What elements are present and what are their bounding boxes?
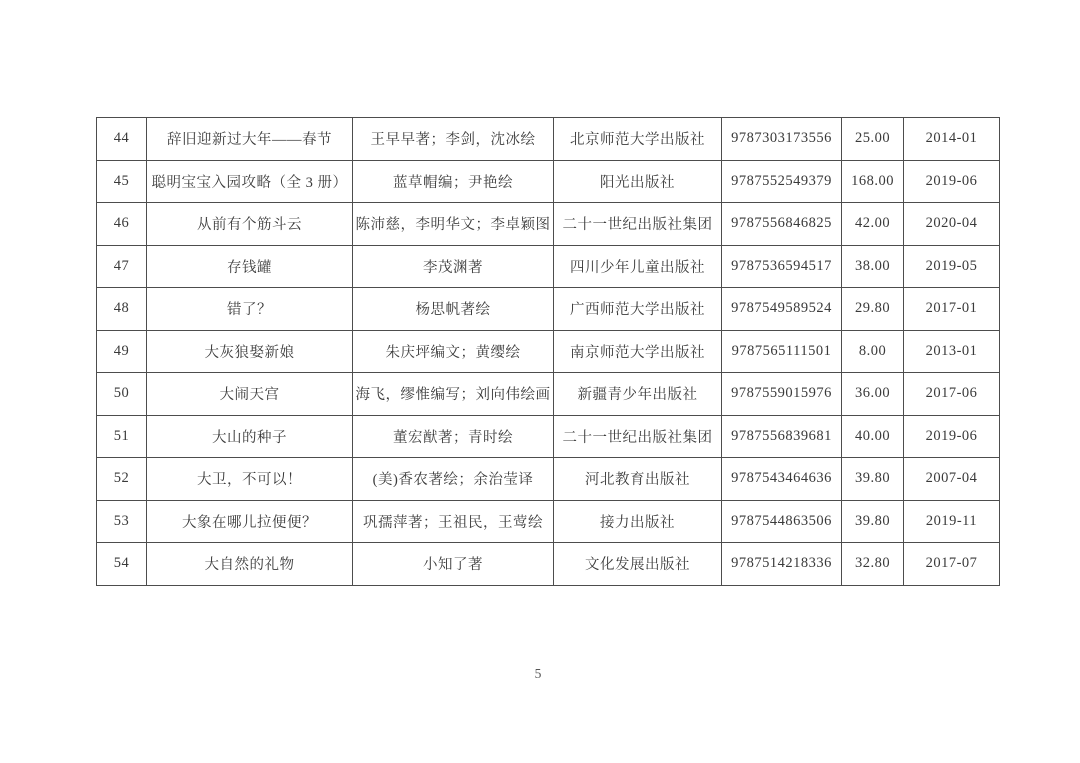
cell-isbn: 9787543464636 [722, 458, 842, 501]
cell-date: 2020-04 [904, 203, 1000, 246]
cell-date: 2007-04 [904, 458, 1000, 501]
cell-price: 39.80 [842, 500, 904, 543]
cell-publisher: 二十一世纪出版社集团 [554, 203, 722, 246]
book-list-table: 44 辞旧迎新过大年——春节 王早早著；李剑，沈冰绘 北京师范大学出版社 978… [96, 117, 1000, 586]
cell-price: 32.80 [842, 543, 904, 586]
cell-author: 海飞，缪惟编写；刘向伟绘画 [353, 373, 554, 416]
cell-number: 50 [97, 373, 147, 416]
cell-author: 巩孺萍著；王祖民，王莺绘 [353, 500, 554, 543]
cell-isbn: 9787514218336 [722, 543, 842, 586]
cell-number: 47 [97, 245, 147, 288]
cell-author: 王早早著；李剑，沈冰绘 [353, 118, 554, 161]
cell-publisher: 文化发展出版社 [554, 543, 722, 586]
cell-title: 聪明宝宝入园攻略（全 3 册） [147, 160, 353, 203]
table-row: 44 辞旧迎新过大年——春节 王早早著；李剑，沈冰绘 北京师范大学出版社 978… [97, 118, 1000, 161]
cell-date: 2017-01 [904, 288, 1000, 331]
cell-title: 大闹天宫 [147, 373, 353, 416]
cell-price: 36.00 [842, 373, 904, 416]
cell-date: 2014-01 [904, 118, 1000, 161]
cell-author: 董宏猷著；青时绘 [353, 415, 554, 458]
cell-publisher: 二十一世纪出版社集团 [554, 415, 722, 458]
cell-number: 49 [97, 330, 147, 373]
cell-number: 46 [97, 203, 147, 246]
cell-isbn: 9787544863506 [722, 500, 842, 543]
cell-date: 2019-05 [904, 245, 1000, 288]
cell-title: 大卫，不可以！ [147, 458, 353, 501]
cell-title: 错了？ [147, 288, 353, 331]
cell-author: 李茂渊著 [353, 245, 554, 288]
cell-isbn: 9787549589524 [722, 288, 842, 331]
table-row: 54 大自然的礼物 小知了著 文化发展出版社 9787514218336 32.… [97, 543, 1000, 586]
cell-number: 52 [97, 458, 147, 501]
cell-price: 39.80 [842, 458, 904, 501]
cell-date: 2017-06 [904, 373, 1000, 416]
cell-isbn: 9787559015976 [722, 373, 842, 416]
cell-title: 大山的种子 [147, 415, 353, 458]
table-row: 51 大山的种子 董宏猷著；青时绘 二十一世纪出版社集团 97875568396… [97, 415, 1000, 458]
cell-title: 辞旧迎新过大年——春节 [147, 118, 353, 161]
cell-number: 48 [97, 288, 147, 331]
cell-isbn: 9787565111501 [722, 330, 842, 373]
table-row: 47 存钱罐 李茂渊著 四川少年儿童出版社 9787536594517 38.0… [97, 245, 1000, 288]
cell-publisher: 新疆青少年出版社 [554, 373, 722, 416]
cell-publisher: 广西师范大学出版社 [554, 288, 722, 331]
cell-price: 40.00 [842, 415, 904, 458]
cell-author: 杨思帆著绘 [353, 288, 554, 331]
cell-author: 小知了著 [353, 543, 554, 586]
table-row: 49 大灰狼娶新娘 朱庆坪编文；黄缨绘 南京师范大学出版社 9787565111… [97, 330, 1000, 373]
cell-author: 蓝草帽编；尹艳绘 [353, 160, 554, 203]
cell-number: 54 [97, 543, 147, 586]
cell-price: 168.00 [842, 160, 904, 203]
cell-isbn: 9787556839681 [722, 415, 842, 458]
cell-author: (美)香农著绘；余治莹译 [353, 458, 554, 501]
cell-title: 大灰狼娶新娘 [147, 330, 353, 373]
cell-publisher: 北京师范大学出版社 [554, 118, 722, 161]
cell-title: 存钱罐 [147, 245, 353, 288]
table-row: 53 大象在哪儿拉便便？ 巩孺萍著；王祖民，王莺绘 接力出版社 97875448… [97, 500, 1000, 543]
cell-publisher: 接力出版社 [554, 500, 722, 543]
cell-price: 29.80 [842, 288, 904, 331]
cell-number: 53 [97, 500, 147, 543]
cell-date: 2013-01 [904, 330, 1000, 373]
cell-title: 从前有个筋斗云 [147, 203, 353, 246]
cell-isbn: 9787556846825 [722, 203, 842, 246]
cell-isbn: 9787303173556 [722, 118, 842, 161]
table-row: 52 大卫，不可以！ (美)香农著绘；余治莹译 河北教育出版社 97875434… [97, 458, 1000, 501]
cell-price: 38.00 [842, 245, 904, 288]
cell-date: 2019-06 [904, 160, 1000, 203]
document-page: 44 辞旧迎新过大年——春节 王早早著；李剑，沈冰绘 北京师范大学出版社 978… [0, 0, 1080, 763]
cell-number: 44 [97, 118, 147, 161]
cell-date: 2017-07 [904, 543, 1000, 586]
cell-publisher: 河北教育出版社 [554, 458, 722, 501]
cell-publisher: 四川少年儿童出版社 [554, 245, 722, 288]
cell-date: 2019-11 [904, 500, 1000, 543]
cell-title: 大象在哪儿拉便便？ [147, 500, 353, 543]
cell-author: 朱庆坪编文；黄缨绘 [353, 330, 554, 373]
cell-date: 2019-06 [904, 415, 1000, 458]
cell-author: 陈沛慈，李明华文；李卓颖图 [353, 203, 554, 246]
cell-number: 51 [97, 415, 147, 458]
cell-price: 42.00 [842, 203, 904, 246]
cell-publisher: 阳光出版社 [554, 160, 722, 203]
cell-title: 大自然的礼物 [147, 543, 353, 586]
table-row: 45 聪明宝宝入园攻略（全 3 册） 蓝草帽编；尹艳绘 阳光出版社 978755… [97, 160, 1000, 203]
cell-isbn: 9787552549379 [722, 160, 842, 203]
page-number: 5 [0, 666, 1076, 682]
table-row: 48 错了？ 杨思帆著绘 广西师范大学出版社 9787549589524 29.… [97, 288, 1000, 331]
table-row: 46 从前有个筋斗云 陈沛慈，李明华文；李卓颖图 二十一世纪出版社集团 9787… [97, 203, 1000, 246]
table-row: 50 大闹天宫 海飞，缪惟编写；刘向伟绘画 新疆青少年出版社 978755901… [97, 373, 1000, 416]
cell-number: 45 [97, 160, 147, 203]
cell-price: 25.00 [842, 118, 904, 161]
cell-price: 8.00 [842, 330, 904, 373]
cell-publisher: 南京师范大学出版社 [554, 330, 722, 373]
cell-isbn: 9787536594517 [722, 245, 842, 288]
